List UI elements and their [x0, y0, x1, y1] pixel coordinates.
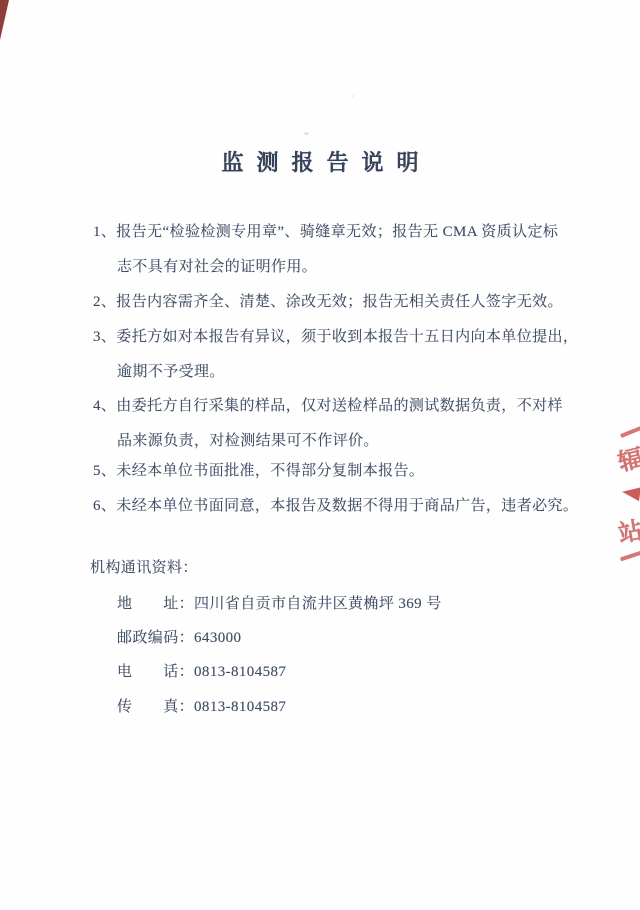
note-3-line-2: 逾期不予受理。 [117, 361, 225, 383]
address-value: 四川省自贡市自流井区黄桷坪 369 号 [194, 593, 442, 615]
scan-speck [304, 132, 309, 135]
contact-row-postcode: 邮政编码：643000 [117, 627, 241, 649]
note-4-line-2: 品来源负责，对检测结果可不作评价。 [117, 430, 379, 452]
seal-mark-icon [620, 426, 640, 438]
note-6-line-1: 6、未经本单位书面同意，本报告及数据不得用于商品广告，违者必究。 [93, 495, 578, 517]
note-1-line-1: 1、报告无“检验检测专用章”、骑缝章无效；报告无 CMA 资质认定标 [93, 221, 558, 243]
contact-row-fax: 传 真：0813-8104587 [117, 696, 286, 718]
page-title: 监测报告说明 [0, 146, 640, 177]
phone-value: 0813-8104587 [194, 661, 286, 683]
contact-row-phone: 电 话：0813-8104587 [117, 661, 286, 683]
scan-corner-artifact [0, 0, 9, 40]
document-page: 监测报告说明 1、报告无“检验检测专用章”、骑缝章无效；报告无 CMA 资质认定… [0, 0, 640, 910]
scan-speck [351, 95, 354, 97]
fax-value: 0813-8104587 [194, 696, 286, 718]
seal-character: 站 [615, 510, 640, 549]
note-4-line-1: 4、由委托方自行采集的样品，仅对送检样品的测试数据负责，不对样 [93, 395, 563, 417]
seam-seal-fragment: 辐 站 [610, 424, 640, 566]
address-label: 地 址： [117, 593, 194, 615]
note-5-line-1: 5、未经本单位书面批准，不得部分复制本报告。 [93, 460, 424, 482]
seal-character: 辐 [614, 437, 640, 477]
postcode-value: 643000 [194, 627, 241, 649]
note-3-line-1: 3、委托方如对本报告有异议，须于收到本报告十五日内向本单位提出， [93, 326, 578, 348]
phone-label: 电 话： [117, 661, 194, 683]
note-2-line-1: 2、报告内容需齐全、清楚、涂改无效；报告无相关责任人签字无效。 [93, 291, 563, 313]
seal-mark-icon [620, 551, 640, 562]
contact-row-address: 地 址：四川省自贡市自流井区黄桷坪 369 号 [117, 593, 442, 615]
seal-triangle-icon [621, 485, 640, 501]
fax-label: 传 真： [117, 696, 194, 718]
contact-heading: 机构通讯资料： [90, 557, 198, 579]
note-1-line-2: 志不具有对社会的证明作用。 [117, 256, 317, 278]
postcode-label: 邮政编码： [117, 627, 194, 649]
